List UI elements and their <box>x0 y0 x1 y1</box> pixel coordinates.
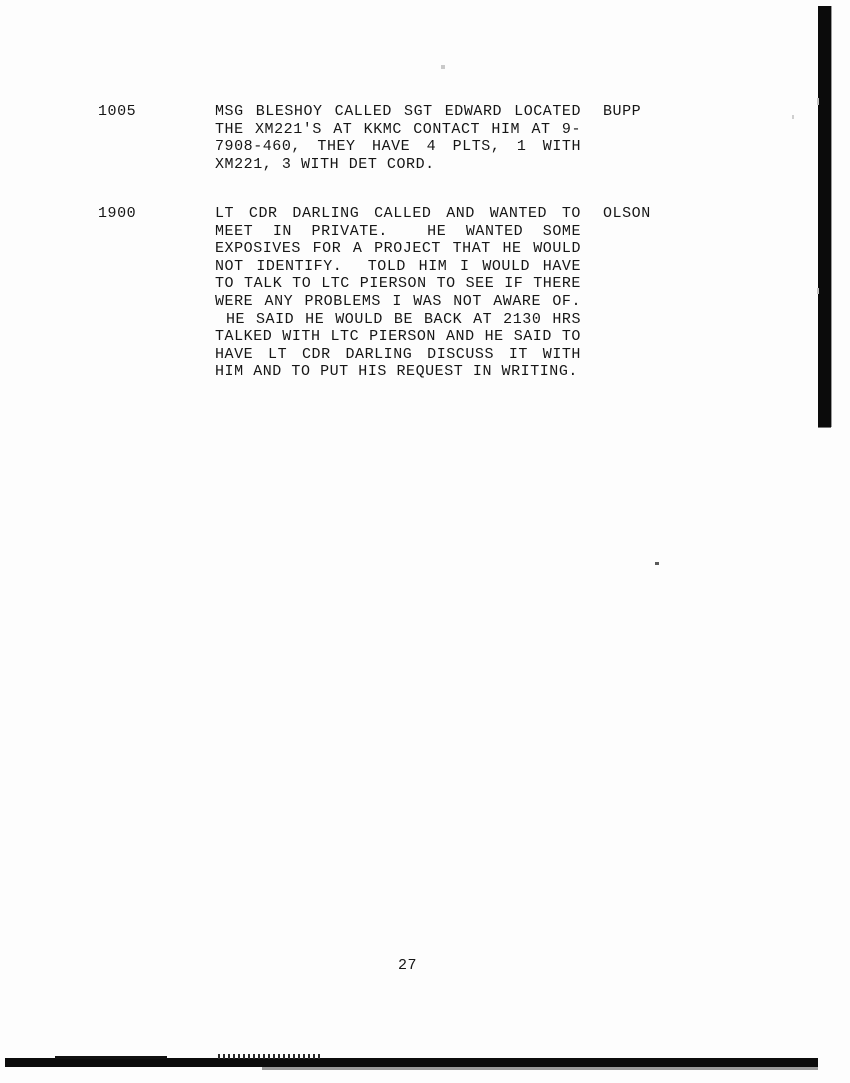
scan-bar-bottom-shadow <box>262 1067 818 1070</box>
entry-initials: BUPP <box>603 103 641 121</box>
entry-text: MSG BLESHOY CALLED SGT EDWARD LOCATED TH… <box>215 103 581 173</box>
scan-bar-bottom <box>5 1058 818 1067</box>
scan-bar-notch <box>817 98 819 105</box>
entry-initials: OLSON <box>603 205 651 223</box>
entry-time: 1900 <box>98 205 136 223</box>
scanned-log-page: 1005 MSG BLESHOY CALLED SGT EDWARD LOCAT… <box>0 0 850 1083</box>
scan-bar-bottom-texture <box>218 1054 323 1059</box>
scan-bar-bottom-bump <box>55 1056 167 1059</box>
entry-time: 1005 <box>98 103 136 121</box>
entry-text: LT CDR DARLING CALLED AND WANTED TO MEET… <box>215 205 581 381</box>
scan-speck <box>655 562 659 565</box>
scan-speck <box>441 65 445 69</box>
page-number: 27 <box>398 957 417 975</box>
scan-bar-notch <box>817 288 819 294</box>
scan-speck <box>792 115 794 119</box>
scan-bar-right <box>818 6 831 427</box>
